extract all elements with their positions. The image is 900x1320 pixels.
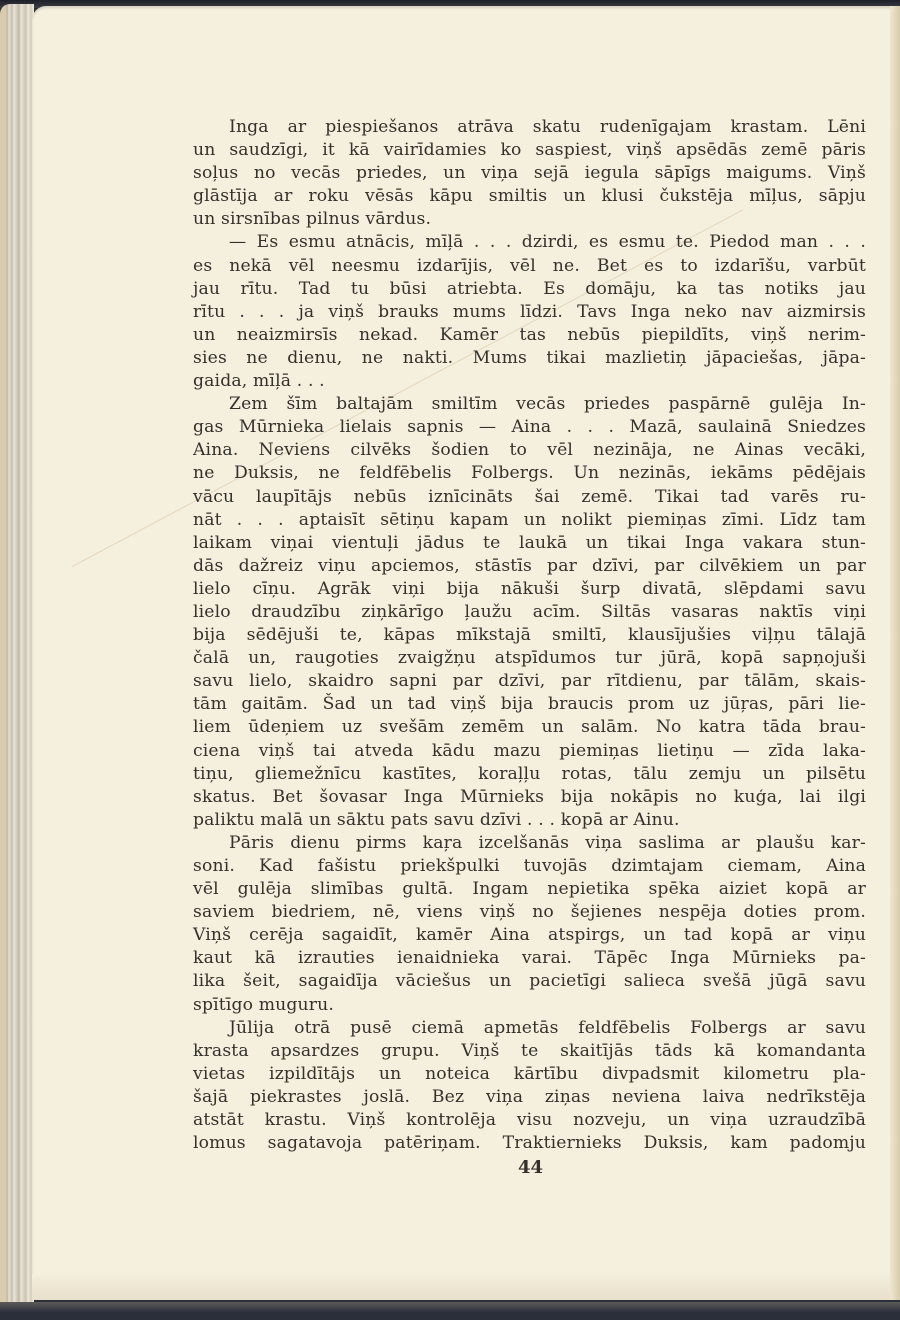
text-line: Pāris dienu pirms kaŗa izcelšanās viņa s… <box>193 832 866 855</box>
text-line: liem ūdeņiem uz svešām zemēm un salām. N… <box>193 716 866 739</box>
text-line: tām gaitām. Šad un tad viņš bija braucis… <box>193 693 866 716</box>
body-text: Inga ar piespiešanos atrāva skatu rudenī… <box>193 116 866 1155</box>
text-line: Viņš cerēja sagaidīt, kamēr Aina atspirg… <box>193 924 866 947</box>
text-line: čalā un, raugoties zvaigžņu atspīdumos t… <box>193 647 866 670</box>
text-line: Jūlija otrā pusē ciemā apmetās feldfēbel… <box>193 1017 866 1040</box>
text-line: lika šeit, sagaidīja vāciešus un pacietī… <box>193 970 866 993</box>
text-line: skatus. Bet šovasar Inga Mūrnieks bija n… <box>193 786 866 809</box>
text-line: soļus no vecās priedes, un viņa sejā ieg… <box>193 162 866 185</box>
text-line: sies ne dienu, ne nakti. Mums tikai mazl… <box>193 347 866 370</box>
scanner-bottom-border <box>0 1302 900 1320</box>
text-line: Inga ar piespiešanos atrāva skatu rudenī… <box>193 116 866 139</box>
text-line: atstāt krastu. Viņš kontrolēja visu nozv… <box>193 1109 866 1132</box>
text-line: es nekā vēl neesmu izdarījis, vēl ne. Be… <box>193 255 866 278</box>
text-line: vēl gulēja slimības gultā. Ingam nepieti… <box>193 878 866 901</box>
text-line: dās dažreiz viņu apciemos, stāstīs par d… <box>193 555 866 578</box>
text-line: vācu laupītājs nebūs iznīcināts šai zemē… <box>193 486 866 509</box>
text-line: glāstīja ar roku vēsās kāpu smiltis un k… <box>193 185 866 208</box>
text-line: jau rītu. Tad tu būsi atriebta. Es domāj… <box>193 278 866 301</box>
text-line: un saudzīgi, it kā vairīdamies ko saspie… <box>193 139 866 162</box>
text-line: bija sēdējuši te, kāpas mīkstajā smiltī,… <box>193 624 866 647</box>
text-line: Zem šīm baltajām smiltīm vecās priedes p… <box>193 393 866 416</box>
text-line: paliktu malā un sāktu pats savu dzīvi . … <box>193 809 866 832</box>
text-line: lomus sagatavoja patēriņam. Traktierniek… <box>193 1132 866 1155</box>
text-line: ne Duksis, ne feldfēbelis Folbergs. Un n… <box>193 462 866 485</box>
text-line: spītīgo muguru. <box>193 994 866 1017</box>
text-line: lielo cīņu. Agrāk viņi bija nākuši šurp … <box>193 578 866 601</box>
text-line: vietas izpildītājs un noteica kārtību di… <box>193 1063 866 1086</box>
text-line: — Es esmu atnācis, mīļā . . . dzirdi, es… <box>193 231 866 254</box>
text-line: laikam viņai vientuļi jādus te laukā un … <box>193 532 866 555</box>
page-right-edge <box>890 6 900 1300</box>
text-line: savu lielo, skaidro sapni par dzīvi, par… <box>193 670 866 693</box>
book-page-edges <box>0 4 34 1304</box>
text-line: gaida, mīļā . . . <box>193 370 866 393</box>
text-line: saviem biedriem, nē, viens viņš no šejie… <box>193 901 866 924</box>
text-line: kaut kā izrauties ienaidnieka varai. Tāp… <box>193 947 866 970</box>
text-line: gas Mūrnieka lielais sapnis — Aina . . .… <box>193 416 866 439</box>
text-line: ciena viņš tai atveda kādu mazu piemiņas… <box>193 740 866 763</box>
text-line: Aina. Neviens cilvēks šodien to vēl nezi… <box>193 439 866 462</box>
text-line: un neaizmirsīs nekad. Kamēr tas nebūs pi… <box>193 324 866 347</box>
text-line: soni. Kad fašistu priekšpulki tuvojās dz… <box>193 855 866 878</box>
text-line: lielo draudzību ziņkārīgo ļaužu acīm. Si… <box>193 601 866 624</box>
text-line: krasta apsardzes grupu. Viņš te skaitījā… <box>193 1040 866 1063</box>
text-line: šajā piekrastes joslā. Bez viņa ziņas ne… <box>193 1086 866 1109</box>
text-line: rītu . . . ja viņš brauks mums līdzi. Ta… <box>193 301 866 324</box>
text-line: tiņu, gliemežnīcu kastītes, koraļļu rota… <box>193 763 866 786</box>
page-number: 44 <box>518 1157 543 1178</box>
text-line: un sirsnības pilnus vārdus. <box>193 208 866 231</box>
text-line: nāt . . . aptaisīt sētiņu kapam un nolik… <box>193 509 866 532</box>
